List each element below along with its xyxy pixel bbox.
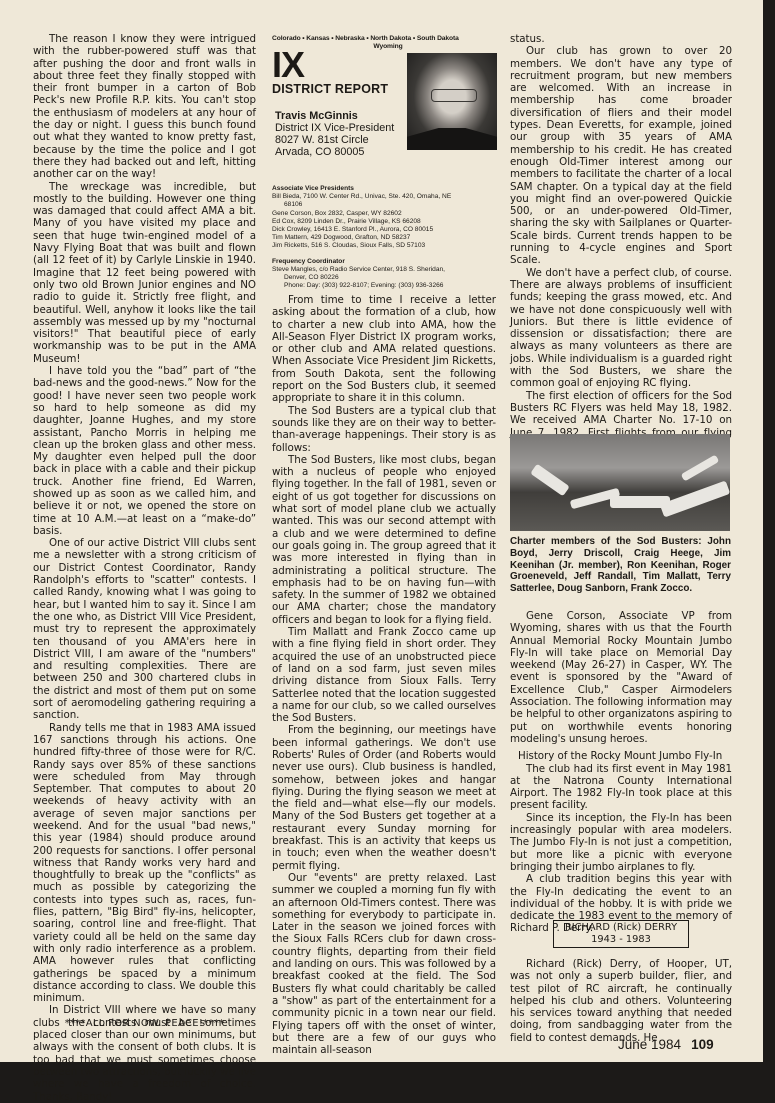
memorial-years: 1943 - 1983 (554, 934, 688, 946)
body-paragraph: status. (510, 33, 732, 45)
body-paragraph: We don't have a perfect club, of course.… (510, 267, 732, 390)
issue-date: June 1984 (618, 1037, 681, 1052)
page-title: DISTRICT REPORT (272, 82, 388, 96)
body-paragraph: The reason I know they were intrigued wi… (33, 33, 256, 181)
vice-president-contact: Travis McGinnis District IX Vice-Preside… (275, 110, 394, 158)
body-paragraph: Gene Corson, Associate VP from Wyoming, … (510, 610, 732, 745)
associate-vp-entry: Gene Corson, Box 2832, Casper, WY 82602 (272, 210, 504, 218)
states-list: Colorado • Kansas • Nebraska • North Dak… (272, 35, 459, 42)
column-3-continued: Gene Corson, Associate VP from Wyoming, … (510, 610, 732, 935)
magazine-page: The reason I know they were intrigued wi… (0, 0, 763, 1062)
portrait-glasses (431, 89, 477, 102)
body-paragraph: The wreckage was incredible, but mostly … (33, 181, 256, 365)
body-paragraph: From the beginning, our meetings have be… (272, 724, 496, 872)
page-number: 109 (691, 1037, 714, 1052)
vp-name: Travis McGinnis (275, 110, 394, 122)
body-paragraph: The club had its first event in May 1981… (510, 763, 732, 812)
signoff: ****ALL FOR NOW. PEACE!**** (33, 1018, 256, 1029)
body-paragraph: In District VIII where we have so many c… (33, 1004, 256, 1075)
body-paragraph: Randy tells me that in 1983 AMA issued 1… (33, 722, 256, 1005)
district-number: IX (272, 49, 304, 81)
associate-vp-entry: Dick Crowley, 16413 E. Stanford Pl., Aur… (272, 226, 504, 234)
associate-vp-entry: Bill Bieda, 7100 W. Center Rd., Univac, … (272, 193, 504, 201)
associate-vp-entry: 68106 (272, 201, 504, 209)
associate-vps-heading: Associate Vice Presidents (272, 185, 504, 193)
vp-city: Arvada, CO 80005 (275, 146, 394, 158)
frequency-coordinator-line: Denver, CO 80226 (272, 274, 504, 282)
body-paragraph: Since its inception, the Fly-In has been… (510, 812, 732, 873)
district-states: Colorado • Kansas • Nebraska • North Dak… (272, 35, 508, 50)
vp-street: 8027 W. 81st Circle (275, 134, 394, 146)
column-3-bottom: Richard (Rick) Derry, of Hooper, UT, was… (510, 958, 732, 1044)
officers-list: Associate Vice Presidents Bill Bieda, 71… (272, 185, 504, 290)
body-paragraph: The Sod Busters, like most clubs, began … (272, 454, 496, 626)
associate-vp-entry: Ed Cox, 8209 Linden Dr., Prairie Village… (272, 218, 504, 226)
frequency-coordinator-line: Steve Mangles, c/o Radio Service Center,… (272, 266, 504, 274)
column-1: The reason I know they were intrigued wi… (33, 33, 256, 1075)
column-3: status. Our club has grown to over 20 me… (510, 33, 732, 451)
frequency-coordinator-heading: Frequency Coordinator (272, 258, 504, 266)
memorial-box: RICHARD (Rick) DERRY 1943 - 1983 (553, 920, 689, 948)
body-paragraph: Our "events" are pretty relaxed. Last su… (272, 872, 496, 1056)
page-footer: June 1984109 (618, 1037, 714, 1052)
sod-busters-group-photo (510, 434, 730, 531)
body-paragraph: Our club has grown to over 20 members. W… (510, 45, 732, 266)
memorial-name: RICHARD (Rick) DERRY (554, 922, 688, 934)
body-paragraph: I have told you the “bad” part of “the b… (33, 365, 256, 537)
column-2: From time to time I receive a letter ask… (272, 294, 496, 1056)
body-paragraph: Tim Mallatt and Frank Zocco came up with… (272, 626, 496, 724)
body-paragraph: From time to time I receive a letter ask… (272, 294, 496, 405)
vp-role: District IX Vice-President (275, 122, 394, 134)
associate-vp-entry: Tim Mattern, 429 Dogwood, Grafton, ND 58… (272, 234, 504, 242)
states-list-line2: Wyoming (272, 43, 504, 50)
section-heading: History of the Rocky Mount Jumbo Fly-In (510, 750, 732, 762)
portrait-suit (407, 128, 497, 150)
vice-president-portrait (407, 53, 497, 150)
body-paragraph: Richard (Rick) Derry, of Hooper, UT, was… (510, 958, 732, 1044)
body-paragraph: One of our active District VIII clubs se… (33, 537, 256, 721)
photo-caption: Charter members of the Sod Busters: John… (510, 536, 731, 595)
frequency-coordinator-phone: Phone: Day: (303) 922-8107; Evening: (30… (272, 282, 504, 290)
body-paragraph: The Sod Busters are a typical club that … (272, 405, 496, 454)
associate-vp-entry: Jim Ricketts, 516 S. Cloudas, Sioux Fall… (272, 242, 504, 250)
